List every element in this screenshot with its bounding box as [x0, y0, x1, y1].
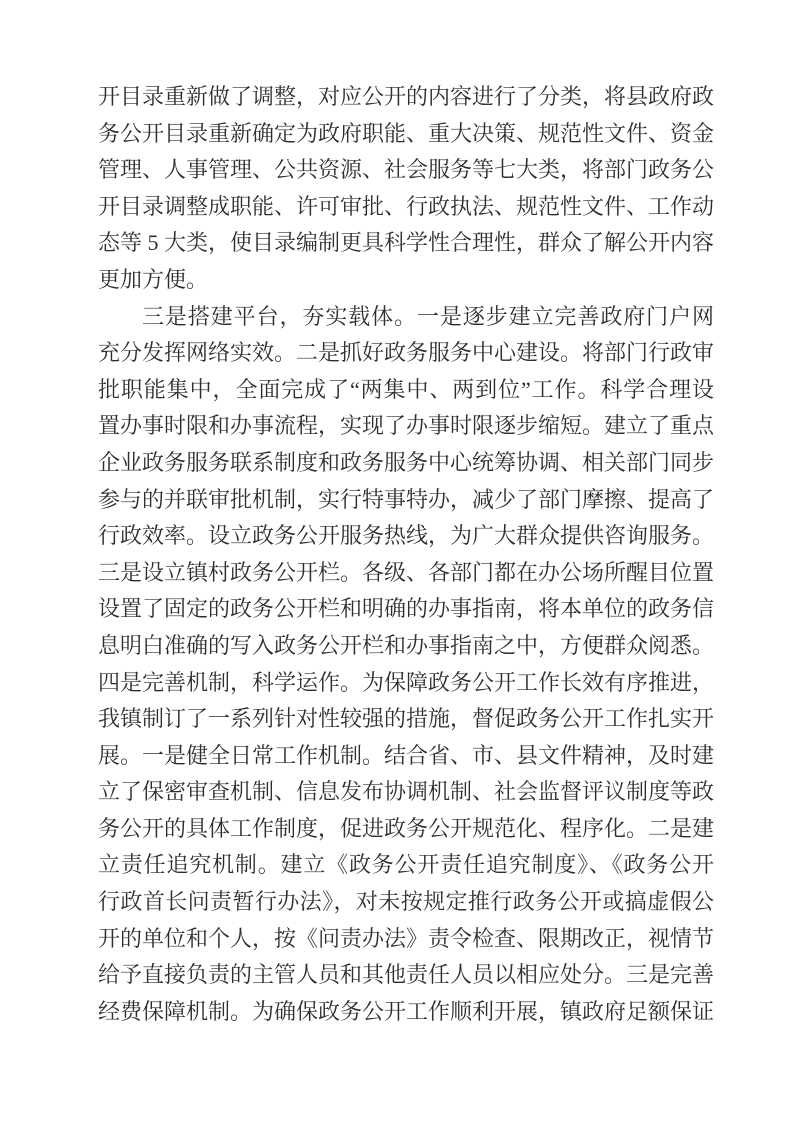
text-line: 开目录调整成职能、许可审批、行政执法、规范性文件、工作动	[98, 189, 714, 226]
text-line: 展。一是健全日常工作机制。结合省、市、县文件精神，及时建	[98, 738, 714, 775]
text-line: 务公开目录重新确定为政府职能、重大决策、规范性文件、资金	[98, 116, 714, 153]
text-line: 给予直接负责的主管人员和其他责任人员以相应处分。三是完善	[98, 957, 714, 994]
text-line: 行政首长问责暂行办法》，对未按规定推行政务公开或搞虚假公	[98, 884, 714, 921]
text-line: 开目录重新做了调整，对应公开的内容进行了分类，将县政府政	[98, 79, 714, 116]
text-line: 批职能集中，全面完成了“两集中、两到位”工作。科学合理设	[98, 372, 714, 409]
text-line: 立责任追究机制。建立《政务公开责任追究制度》、《政务公开	[98, 847, 714, 884]
text-line: 三是设立镇村政务公开栏。各级、各部门都在办公场所醒目位置	[98, 555, 714, 592]
text-line: 设置了固定的政务公开栏和明确的办事指南，将本单位的政务信	[98, 591, 714, 628]
text-line: 企业政务服务联系制度和政务服务中心统筹协调、相关部门同步	[98, 445, 714, 482]
document-body: 开目录重新做了调整，对应公开的内容进行了分类，将县政府政务公开目录重新确定为政府…	[98, 79, 714, 1030]
text-line: 行政效率。设立政务公开服务热线，为广大群众提供咨询服务。	[98, 518, 714, 555]
text-line: 态等 5 大类，使目录编制更具科学性合理性，群众了解公开内容	[98, 225, 714, 262]
text-line: 我镇制订了一系列针对性较强的措施，督促政务公开工作扎实开	[98, 701, 714, 738]
text-line: 息明白准确的写入政务公开栏和办事指南之中，方便群众阅悉。	[98, 628, 714, 665]
text-line: 三是搭建平台，夯实载体。一是逐步建立完善政府门户网站，	[98, 299, 714, 336]
text-line: 务公开的具体工作制度，促进政务公开规范化、程序化。二是建	[98, 811, 714, 848]
text-line: 立了保密审查机制、信息发布协调机制、社会监督评议制度等政	[98, 774, 714, 811]
document-page: 开目录重新做了调整，对应公开的内容进行了分类，将县政府政务公开目录重新确定为政府…	[0, 0, 800, 1130]
text-line: 更加方便。	[98, 262, 714, 299]
text-line: 四是完善机制，科学运作。为保障政务公开工作长效有序推进，	[98, 665, 714, 702]
text-line: 充分发挥网络实效。二是抓好政务服务中心建设。将部门行政审	[98, 335, 714, 372]
text-line: 参与的并联审批机制，实行特事特办，减少了部门摩擦、提高了	[98, 482, 714, 519]
text-line: 管理、人事管理、公共资源、社会服务等七大类，将部门政务公	[98, 152, 714, 189]
text-line: 经费保障机制。为确保政务公开工作顺利开展，镇政府足额保证	[98, 994, 714, 1031]
text-line: 置办事时限和办事流程，实现了办事时限逐步缩短。建立了重点	[98, 408, 714, 445]
text-line: 开的单位和个人，按《问责办法》责令检查、限期改正，视情节	[98, 921, 714, 958]
